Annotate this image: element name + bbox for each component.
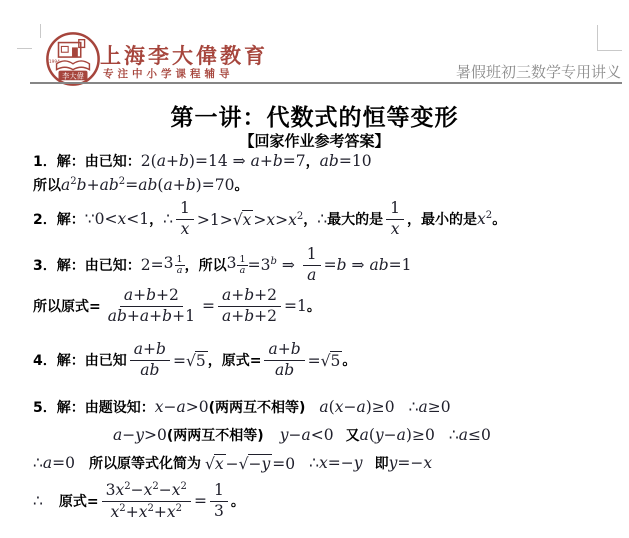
math-text: a−y>0 <box>113 426 167 444</box>
sol-5-line-2: a−y>0(两两互不相等)y−a<0又a(y−a)≥0∴a≤0 <box>113 423 491 447</box>
spacer <box>363 463 375 464</box>
chinese-text: 。 <box>307 296 321 316</box>
seal-text: 李大偉 <box>62 71 84 80</box>
fraction: a+b+2ab+a+b+1 <box>104 287 199 324</box>
math-text: =b ⇒ ab=1 <box>324 256 412 274</box>
power-with-fraction-exponent: 31a <box>164 254 185 277</box>
math-text: =3b ⇒ <box>248 256 300 274</box>
fraction: a+b+2a+b+2 <box>218 287 281 324</box>
sol-5-line-3: ∴a=0所以原等式化简为√x−√−y=0∴x=−y即y=−x <box>33 450 432 476</box>
header-right-text: 暑假班初三数学专用讲义 <box>456 61 621 82</box>
spacer <box>334 435 346 436</box>
power-with-fraction-exponent: 31a <box>227 254 248 277</box>
math-text: ∵0<x<1 <box>85 210 149 228</box>
fraction: 3x2−x2−x2x2+x2+x2 <box>102 481 191 520</box>
chinese-text: 。 <box>234 175 248 195</box>
chinese-text: 2．解： <box>33 209 85 229</box>
radical: √−y <box>239 454 273 473</box>
radical: √x <box>233 210 254 229</box>
math-text: ∴x=−y <box>309 454 362 472</box>
sol-5-line-4: ∴原式=3x2−x2−x2x2+x2+x2=13。 <box>33 477 245 525</box>
math-text: a(y−a)≥0 <box>360 426 435 444</box>
fraction: 1x <box>386 200 404 237</box>
math-text: >1>√x>x>x2 <box>197 210 303 229</box>
chinese-text: 所以原等式化简为 <box>89 453 201 473</box>
spacer <box>395 407 409 408</box>
chinese-text: ， <box>303 209 317 229</box>
math-text: =√5 <box>173 351 208 370</box>
page-title: 第一讲：代数式的恒等变形 <box>0 99 629 132</box>
math-text: ∴a≤0 <box>449 426 491 444</box>
math-text: = <box>202 297 215 315</box>
math-text: a(x−a)≥0 <box>319 398 394 416</box>
math-text: 2(a+b)=14 ⇒ a+b=7 <box>141 152 306 170</box>
radical: √5 <box>186 351 208 370</box>
math-text: =1 <box>284 297 307 315</box>
seal-year: 1994 <box>49 59 60 65</box>
crop-mark-top-right-vertical <box>597 25 598 51</box>
chinese-text: ，最小的是 <box>407 209 477 229</box>
math-text: ∴a≥0 <box>409 398 451 416</box>
chinese-text: 又 <box>346 425 360 445</box>
spacer <box>305 407 319 408</box>
fraction: 1a <box>237 255 247 276</box>
math-text: x2 <box>477 210 492 228</box>
chinese-text: ， <box>149 209 163 229</box>
math-text: ∴ <box>33 492 43 510</box>
sol-4: 4．解：由已知a+bab=√5，原式=a+bab=√5。 <box>33 336 356 384</box>
crop-mark-top-left-horizontal <box>17 48 32 49</box>
crop-mark-top-left-vertical <box>40 24 41 38</box>
spacer <box>43 501 59 502</box>
math-text: 2= <box>141 256 164 274</box>
math-text: = <box>194 492 207 510</box>
chinese-text: ，原式= <box>208 350 262 370</box>
sol-3-line-2: 所以原式=a+b+2ab+a+b+1=a+b+2a+b+2=1。 <box>33 283 321 329</box>
spacer <box>264 435 280 436</box>
math-text: =√5 <box>308 351 343 370</box>
spacer <box>75 463 89 464</box>
chinese-text: (两两互不相等) <box>209 397 306 417</box>
fraction: 13 <box>210 482 228 519</box>
math-text: ab=10 <box>320 152 372 170</box>
math-text: y=−x <box>389 454 433 472</box>
brand-subtitle: 专注中小学课程辅导 <box>103 66 234 81</box>
chinese-text: 1．解：由已知： <box>33 151 141 171</box>
math-text: ∴a=0 <box>33 454 75 472</box>
page-subtitle: 【回家作业参考答案】 <box>0 130 629 151</box>
chinese-text: 。 <box>492 209 506 229</box>
chinese-text: 。 <box>342 350 356 370</box>
fraction: a+bab <box>264 341 304 378</box>
chinese-text: 最大的是 <box>327 209 383 229</box>
fraction: 1x <box>176 200 194 237</box>
math-text: √x−√−y=0 <box>205 454 295 473</box>
crop-mark-top-right-horizontal <box>597 50 622 51</box>
math-text: y−a<0 <box>280 426 334 444</box>
sol-1-line-1: 1．解：由已知：2(a+b)=14 ⇒ a+b=7，ab=10 <box>33 150 372 172</box>
chinese-text: 所以原式= <box>33 296 101 316</box>
spacer <box>295 463 309 464</box>
chinese-text: 即 <box>375 453 389 473</box>
fraction: a+bab <box>130 341 170 378</box>
fraction: 1a <box>175 255 185 276</box>
radical: √5 <box>321 351 343 370</box>
chinese-text: ， <box>306 151 320 171</box>
sol-2: 2．解：∵0<x<1，∴1x>1>√x>x>x2，∴最大的是1x，最小的是x2。 <box>33 197 506 241</box>
spacer <box>435 435 449 436</box>
math-text: x−a>0 <box>155 398 209 416</box>
open-book-icon <box>57 61 90 70</box>
chinese-text: 4．解：由已知 <box>33 350 127 370</box>
math-text: ∴ <box>317 210 327 228</box>
sol-5-line-1: 5．解：由题设知：x−a>0(两两互不相等)a(x−a)≥0∴a≥0 <box>33 395 451 419</box>
chinese-text: 。 <box>231 491 245 511</box>
header-rule <box>30 82 622 84</box>
chinese-text: 所以 <box>33 175 61 195</box>
sol-1-line-2: 所以a2b+ab2=ab(a+b)=70。 <box>33 173 248 197</box>
math-text: a2b+ab2=ab(a+b)=70 <box>61 176 234 194</box>
school-seal-logo-icon: 李大偉 1994 <box>44 30 102 88</box>
chinese-text: 5．解：由题设知： <box>33 397 155 417</box>
chinese-text: ，所以 <box>185 255 227 275</box>
chinese-text: 3．解：由已知： <box>33 255 141 275</box>
fraction: 1a <box>303 246 321 283</box>
chinese-text: 原式= <box>59 491 99 511</box>
sol-3-line-1: 3．解：由已知：2=31a，所以31a=3b ⇒ 1a=b ⇒ ab=1 <box>33 242 412 288</box>
chinese-text: (两两互不相等) <box>167 425 264 445</box>
math-text: ∴ <box>163 210 173 228</box>
radical: √x <box>205 454 226 473</box>
document-page: 李大偉 1994 上海李大偉教育 专注中小学课程辅导 暑假班初三数学专用讲义 第… <box>0 0 629 538</box>
